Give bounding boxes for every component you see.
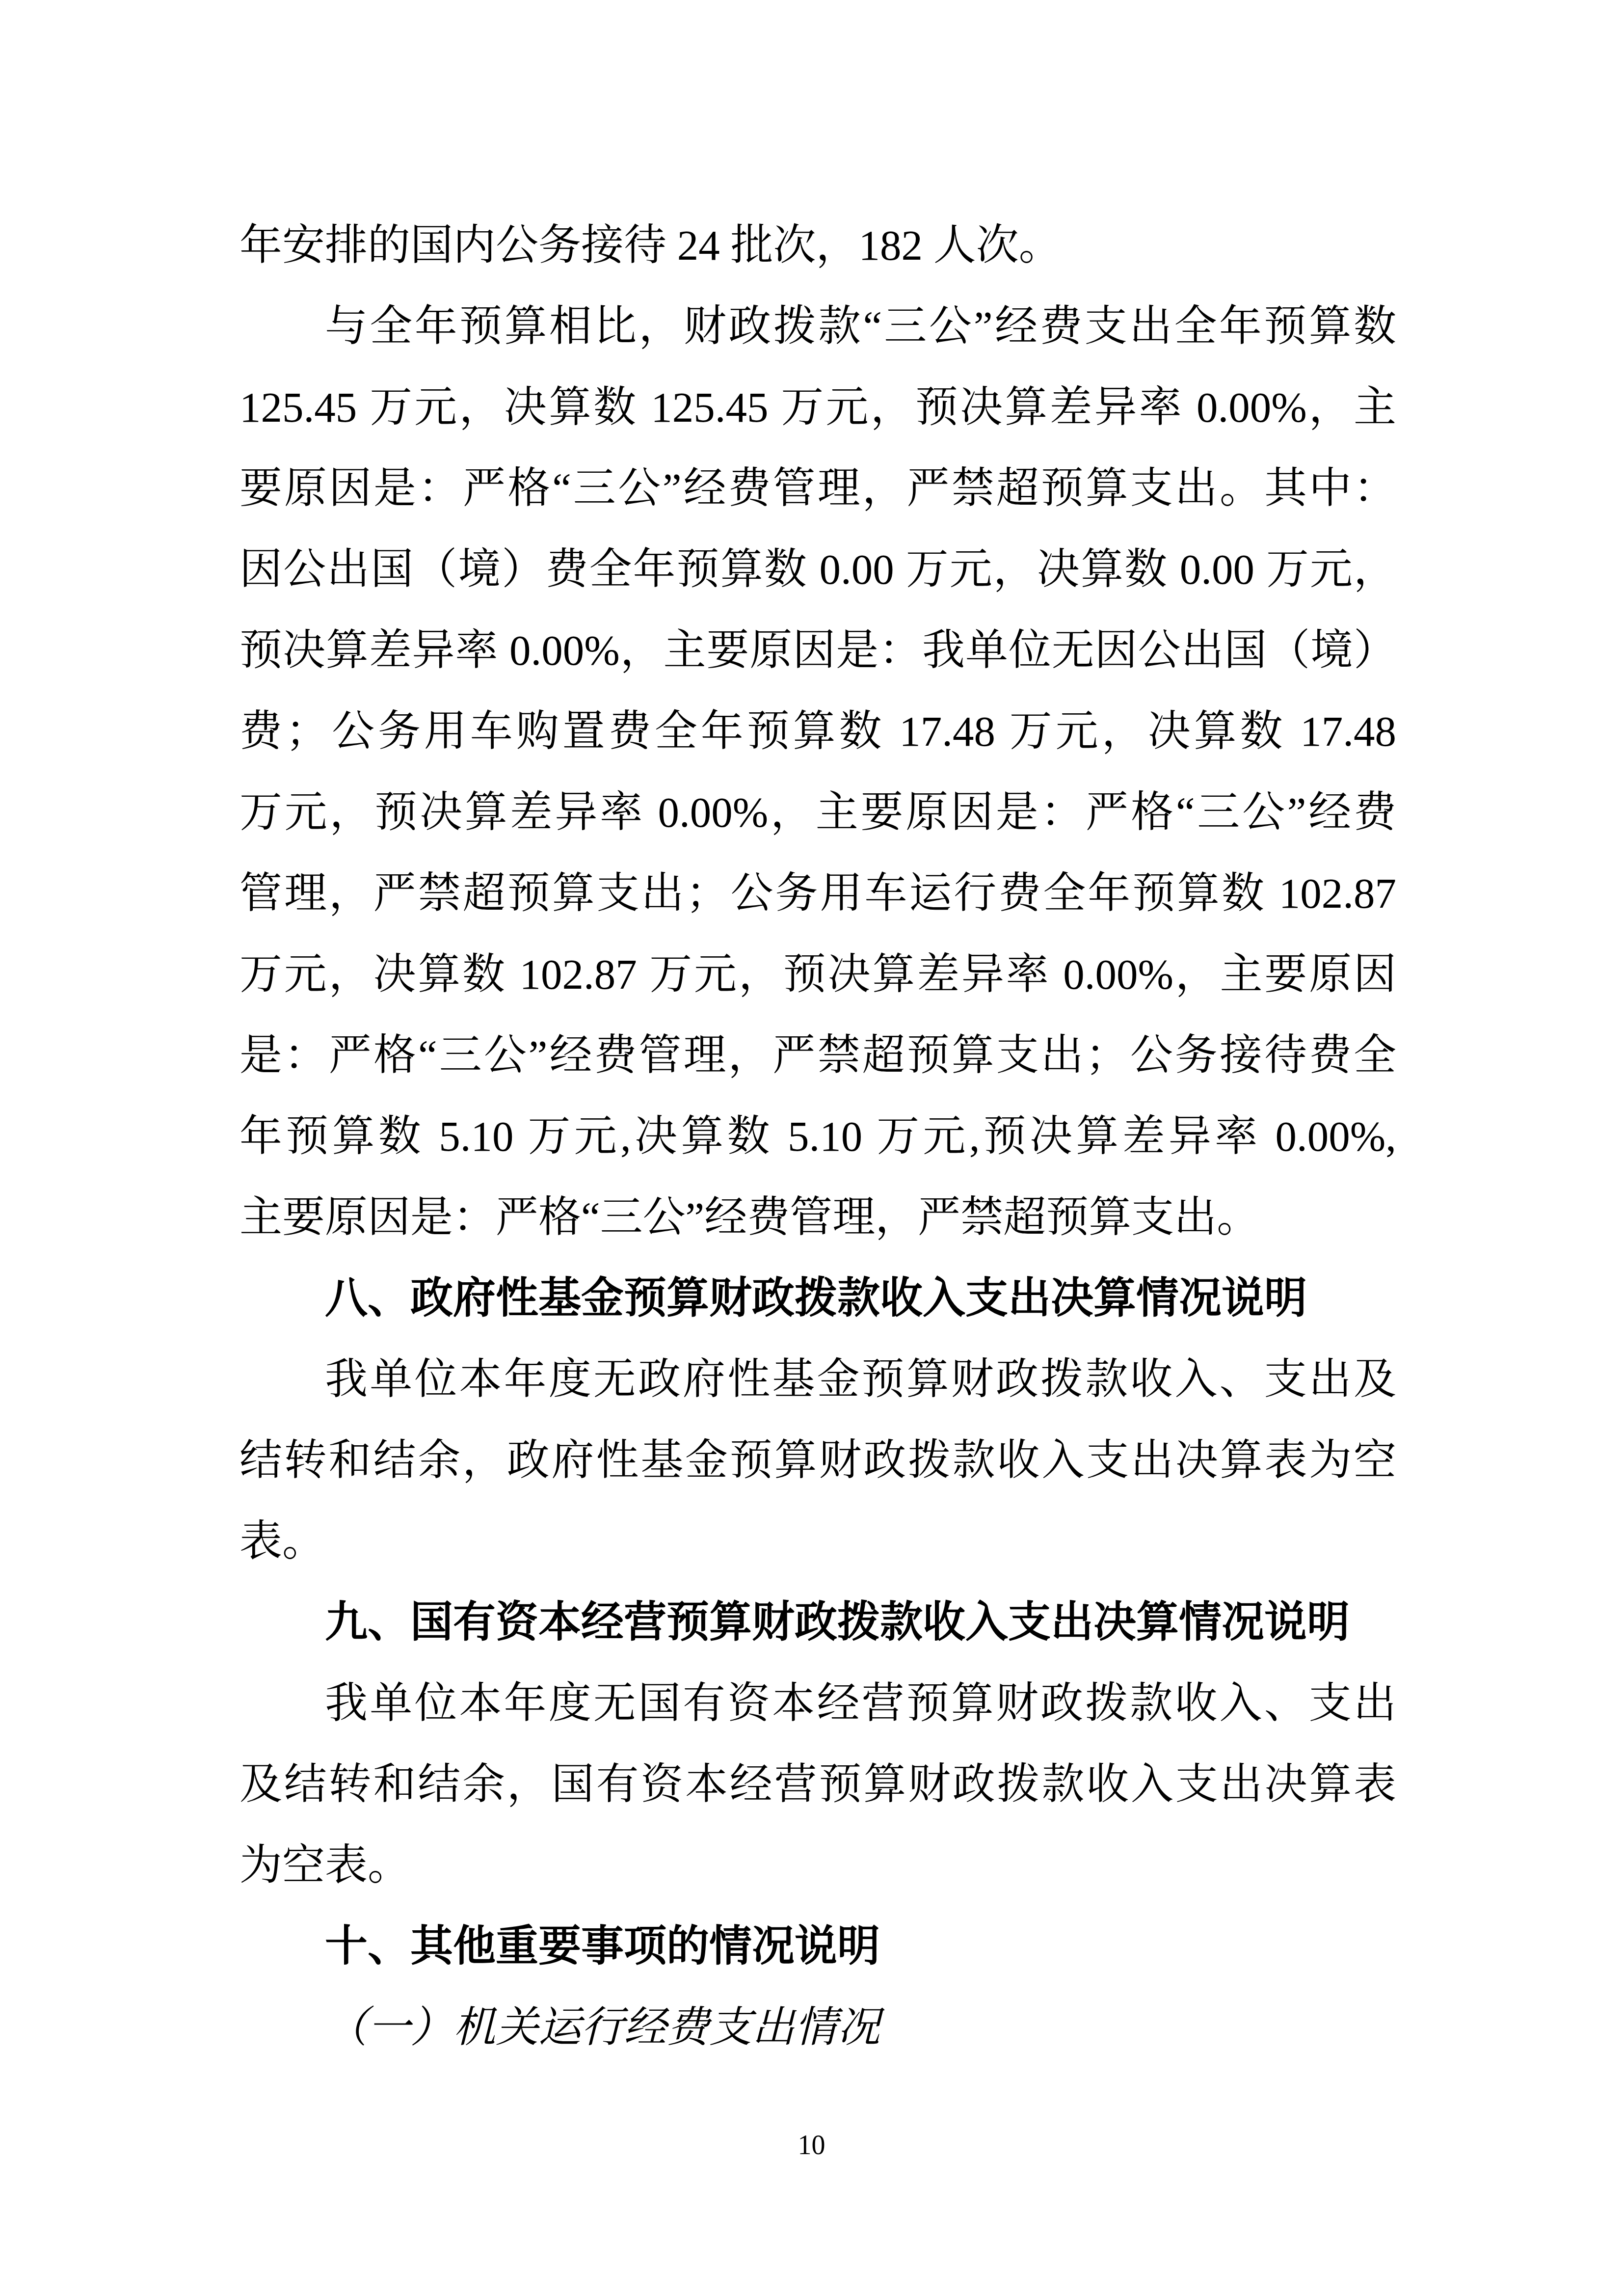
section-heading: 八、政府性基金预算财政拨款收入支出决算情况说明 [239,1258,1396,1339]
text-line: （一）机关运行经费支出情况 [239,1987,1396,2068]
text-line: 为空表。 [239,1825,1396,1906]
document-body: 年安排的国内公务接待 24 批次，182 人次。与全年预算相比，财政拨款“三公”… [239,205,1396,2068]
text-line: 费；公务用车购置费全年预算数 17.48 万元，决算数 17.48 [239,691,1396,772]
text-line: 要原因是：严格“三公”经费管理，严禁超预算支出。其中： [239,448,1396,529]
text-line: 我单位本年度无政府性基金预算财政拨款收入、支出及 [239,1339,1396,1420]
text-line: 我单位本年度无国有资本经营预算财政拨款收入、支出 [239,1663,1396,1744]
page-number: 10 [0,2126,1623,2165]
text-line: 结转和结余，政府性基金预算财政拨款收入支出决算表为空 [239,1420,1396,1501]
document-page: 年安排的国内公务接待 24 批次，182 人次。与全年预算相比，财政拨款“三公”… [0,0,1623,2296]
text-line: 万元，决算数 102.87 万元，预决算差异率 0.00%，主要原因 [239,934,1396,1015]
text-line: 年安排的国内公务接待 24 批次，182 人次。 [239,205,1396,286]
text-line: 表。 [239,1501,1396,1582]
section-heading: 十、其他重要事项的情况说明 [239,1906,1396,1987]
text-line: 及结转和结余，国有资本经营预算财政拨款收入支出决算表 [239,1744,1396,1825]
text-line: 万元，预决算差异率 0.00%，主要原因是：严格“三公”经费 [239,772,1396,853]
section-heading: 九、国有资本经营预算财政拨款收入支出决算情况说明 [239,1582,1396,1663]
text-line: 年预算数 5.10 万元,决算数 5.10 万元,预决算差异率 0.00%, [239,1096,1396,1177]
text-line: 管理，严禁超预算支出；公务用车运行费全年预算数 102.87 [239,853,1396,934]
text-line: 与全年预算相比，财政拨款“三公”经费支出全年预算数 [239,286,1396,367]
text-line: 125.45 万元，决算数 125.45 万元，预决算差异率 0.00%，主 [239,367,1396,448]
text-line: 预决算差异率 0.00%，主要原因是：我单位无因公出国（境） [239,610,1396,691]
text-line: 主要原因是：严格“三公”经费管理，严禁超预算支出。 [239,1177,1396,1258]
text-line: 因公出国（境）费全年预算数 0.00 万元，决算数 0.00 万元， [239,529,1396,610]
text-line: 是：严格“三公”经费管理，严禁超预算支出；公务接待费全 [239,1015,1396,1096]
